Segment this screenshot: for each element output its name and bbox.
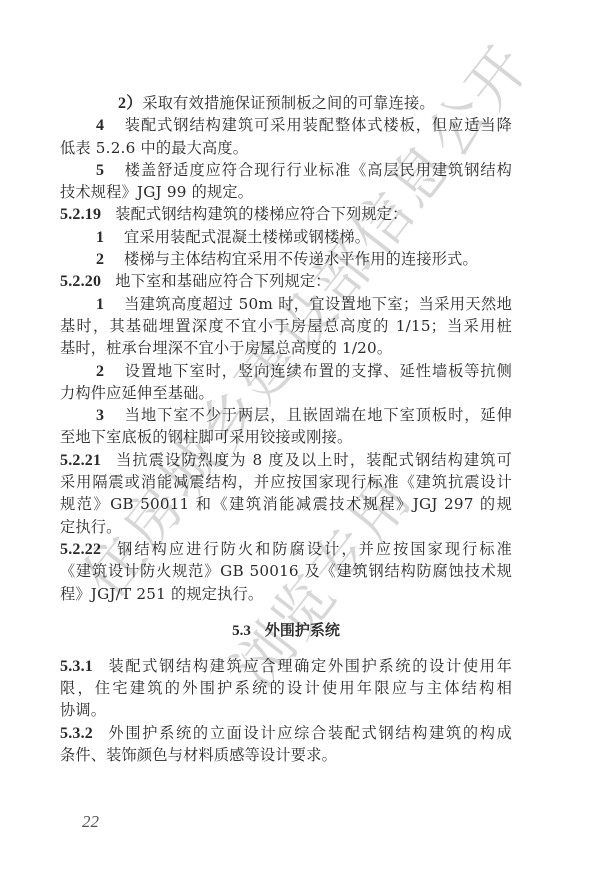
clause-number: 5.3.1: [60, 658, 93, 675]
item-text: 楼盖舒适度应符合现行行业标准《高层民用建筑钢结构: [124, 161, 512, 179]
clause-text: 地下室和基础应符合下列规定：: [115, 272, 330, 290]
clause-number: 5.2.21: [60, 452, 101, 469]
item-text: 当建筑高度超过 50m 时，宜设置地下室；当采用天然地: [124, 295, 512, 313]
clause-number: 5.2.20: [60, 273, 101, 290]
clause-text: 装配式钢结构建筑的楼梯应符合下列规定：: [115, 205, 407, 223]
section-title: 外围护系统: [265, 621, 340, 639]
item-number: 1: [96, 227, 124, 249]
item-line-cont: 基时，其基础埋置深度不宜小于房屋总高度的 1/15；当采用桩: [60, 315, 512, 337]
clause-5-2-22: 5.2.22钢结构应进行防火和防腐设计，并应按国家现行标准: [60, 538, 512, 560]
item-number: 3: [96, 405, 124, 427]
section-heading: 5.3外围护系统: [60, 619, 512, 641]
clause-text: 装配式钢结构建筑应合理确定外围护系统的设计使用年: [107, 657, 512, 675]
sub-item-number: 2）: [118, 95, 142, 112]
sub-item: 2）采取有效措施保证预制板之间的可靠连接。: [60, 92, 512, 114]
item-text: 当地下室不少于两层，且嵌固端在地下室顶板时，延伸: [124, 406, 512, 424]
clause-5-2-19: 5.2.19装配式钢结构建筑的楼梯应符合下列规定：: [60, 203, 512, 225]
item-line: 2楼梯与主体结构宜采用不传递水平作用的连接形式。: [60, 248, 512, 270]
item-line-cont: 至地下室底板的钢柱脚可采用铰接或刚接。: [60, 426, 512, 448]
clause-5-3-1: 5.3.1装配式钢结构建筑应合理确定外围护系统的设计使用年: [60, 655, 512, 677]
clause-5-2-21: 5.2.21当抗震设防烈度为 8 度及以上时，装配式钢结构建筑可: [60, 449, 512, 471]
sub-item-text: 采取有效措施保证预制板之间的可靠连接。: [142, 94, 434, 112]
item-text: 楼梯与主体结构宜采用不传递水平作用的连接形式。: [124, 250, 478, 268]
item-number: 2: [96, 249, 124, 271]
item-line: 3当地下室不少于两层，且嵌固端在地下室顶板时，延伸: [60, 404, 512, 426]
item-number: 4: [96, 115, 124, 137]
clause-line-cont: 采用隔震或消能减震结构，并应按国家现行标准《建筑抗震设计: [60, 471, 512, 493]
item-line: 1当建筑高度超过 50m 时，宜设置地下室；当采用天然地: [60, 293, 512, 315]
clause-5-3-2: 5.3.2外围护系统的立面设计应综合装配式钢结构建筑的构成: [60, 722, 512, 744]
clause-line-cont: 条件、装饰颜色与材料质感等设计要求。: [60, 744, 512, 766]
item-number: 2: [96, 361, 124, 383]
clause-number: 5.2.22: [60, 541, 101, 558]
clause-number: 5.2.19: [60, 206, 101, 223]
item-text: 宜采用装配式混凝土楼梯或钢楼梯。: [124, 228, 370, 246]
clause-line-cont: 程》JGJ/T 251 的规定执行。: [60, 583, 512, 605]
clause-line-cont: 限，住宅建筑的外围护系统的设计使用年限应与主体结构相: [60, 677, 512, 699]
item-number: 1: [96, 294, 124, 316]
item-text: 设置地下室时，竖向连续布置的支撑、延性墙板等抗侧: [124, 362, 512, 380]
item-line-cont: 低表 5.2.6 中的最大高度。: [60, 137, 512, 159]
clause-line-cont: 协调。: [60, 699, 512, 721]
clause-line-cont: 《建筑设计防火规范》GB 50016 及《建筑钢结构防腐蚀技术规: [60, 560, 512, 582]
item-text: 装配式钢结构建筑可采用装配整体式楼板，但应适当降: [124, 116, 512, 134]
item-line: 5楼盖舒适度应符合现行行业标准《高层民用建筑钢结构: [60, 159, 512, 181]
item-line: 1宜采用装配式混凝土楼梯或钢楼梯。: [60, 226, 512, 248]
page-number: 22: [82, 812, 99, 832]
clause-5-2-20: 5.2.20地下室和基础应符合下列规定：: [60, 270, 512, 292]
clause-text: 外围护系统的立面设计应综合装配式钢结构建筑的构成: [107, 724, 512, 742]
item-number: 5: [96, 160, 124, 182]
item-line-cont: 力构件应延伸至基础。: [60, 382, 512, 404]
clause-line-cont: 规范》GB 50011 和《建筑消能减震技术规程》JGJ 297 的规: [60, 493, 512, 515]
clause-text: 当抗震设防烈度为 8 度及以上时，装配式钢结构建筑可: [115, 451, 512, 469]
document-page-body: 2）采取有效措施保证预制板之间的可靠连接。 4装配式钢结构建筑可采用装配整体式楼…: [60, 92, 512, 766]
item-line-cont: 基时，桩承台埋深不宜小于房屋总高度的 1/20。: [60, 337, 512, 359]
section-number: 5.3: [232, 623, 251, 639]
clause-number: 5.3.2: [60, 725, 93, 742]
clause-text: 钢结构应进行防火和防腐设计，并应按国家现行标准: [115, 540, 512, 558]
clause-line-cont: 定执行。: [60, 516, 512, 538]
item-line: 4装配式钢结构建筑可采用装配整体式楼板，但应适当降: [60, 114, 512, 136]
item-line-cont: 技术规程》JGJ 99 的规定。: [60, 181, 512, 203]
item-line: 2设置地下室时，竖向连续布置的支撑、延性墙板等抗侧: [60, 360, 512, 382]
